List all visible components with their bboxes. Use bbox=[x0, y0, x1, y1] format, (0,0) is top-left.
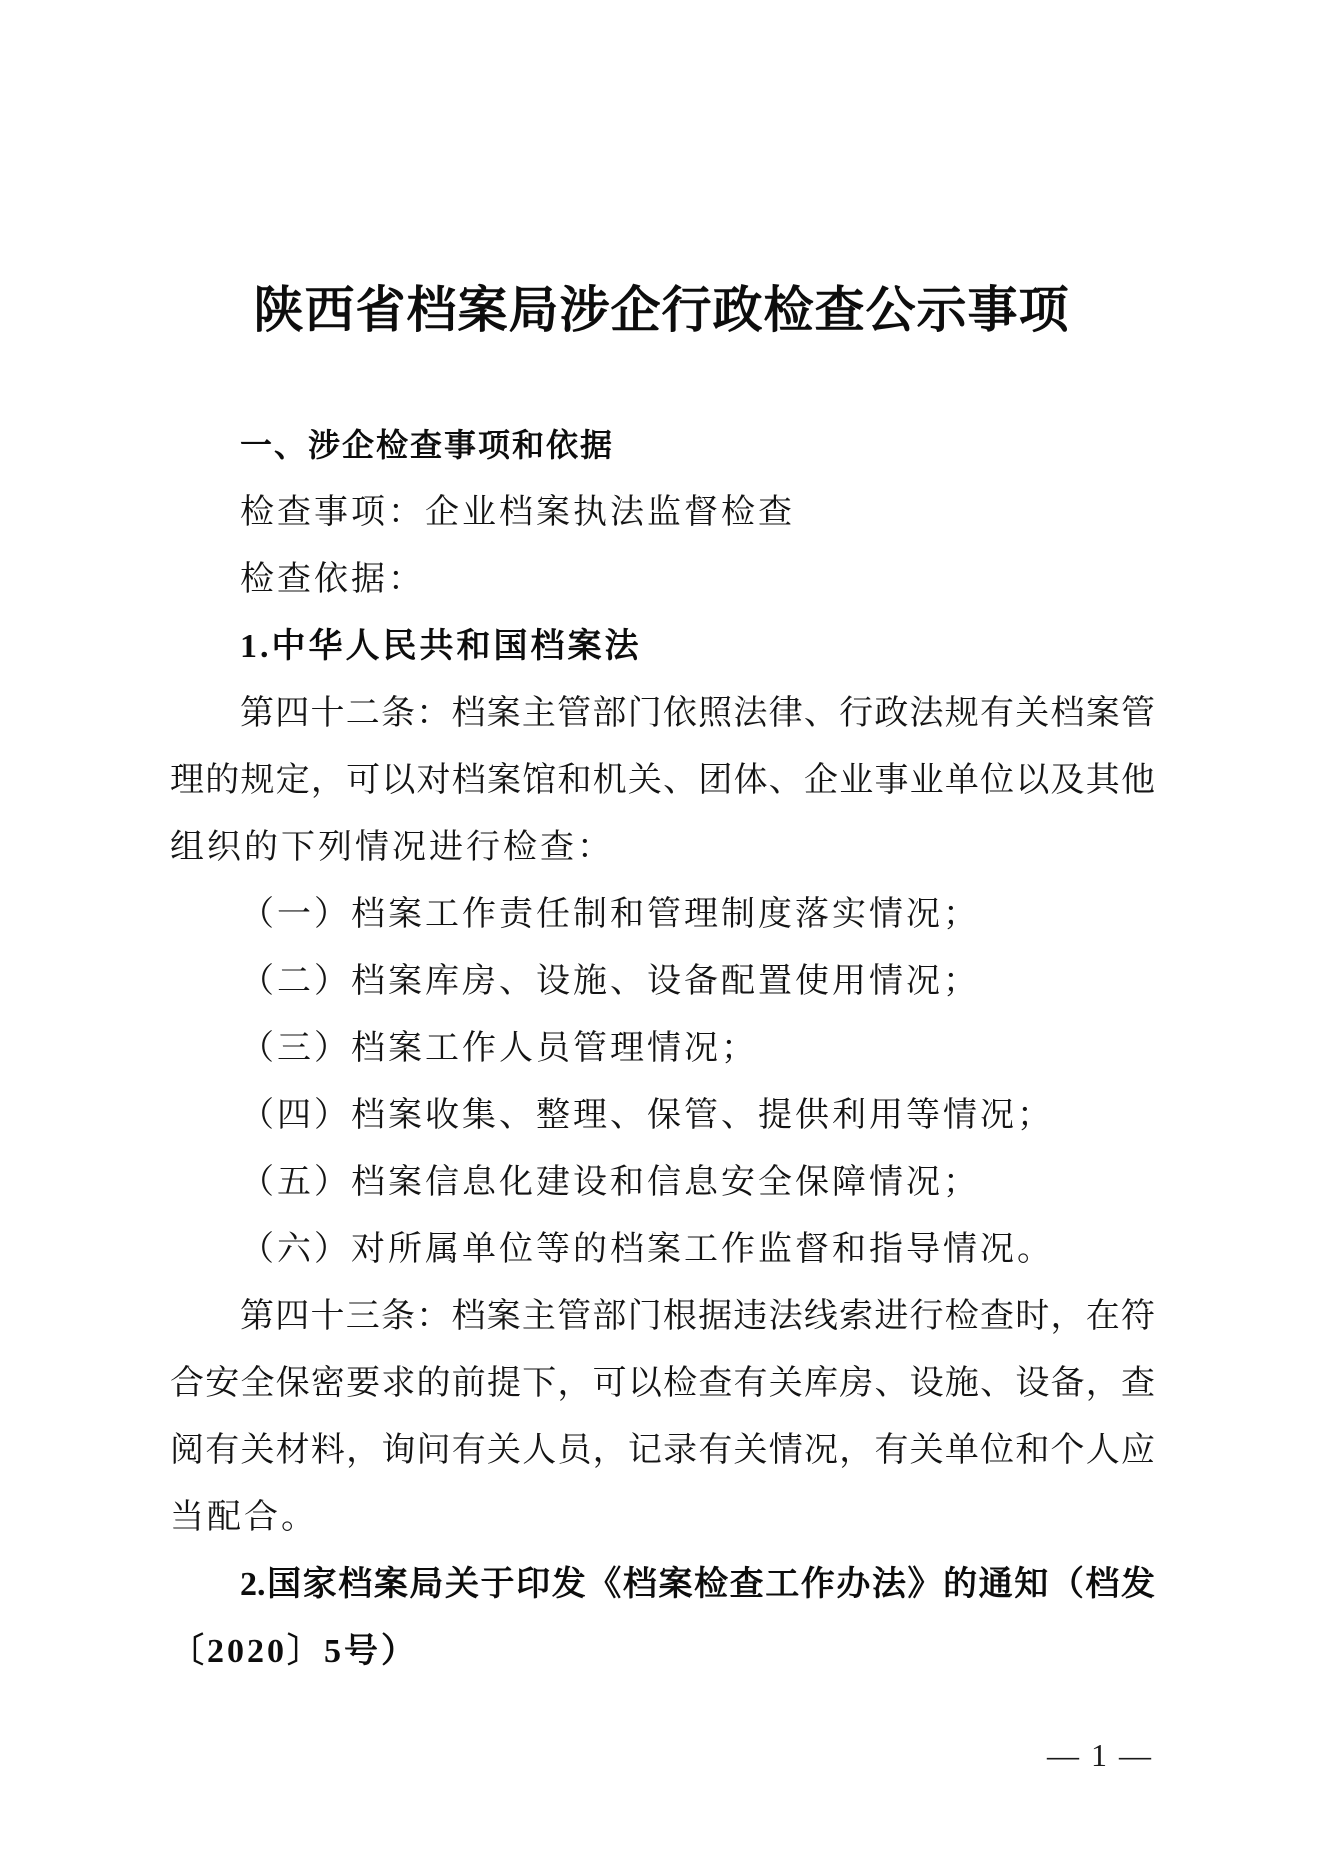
document-line: 〔2020〕5号） bbox=[170, 1618, 1155, 1685]
document-line: （二）档案库房、设施、设备配置使用情况； bbox=[170, 948, 1155, 1015]
document-line: （五）档案信息化建设和信息安全保障情况； bbox=[170, 1149, 1155, 1216]
document-line: 阅有关材料，询问有关人员，记录有关情况，有关单位和个人应 bbox=[170, 1417, 1155, 1484]
document-line: （三）档案工作人员管理情况； bbox=[170, 1015, 1155, 1082]
document-page: 陕西省档案局涉企行政检查公示事项 一、涉企检查事项和依据检查事项：企业档案执法监… bbox=[0, 0, 1323, 1871]
document-line: 第四十三条：档案主管部门根据违法线索进行检查时，在符 bbox=[170, 1283, 1155, 1350]
document-line: 一、涉企检查事项和依据 bbox=[170, 412, 1155, 479]
document-line: 当配合。 bbox=[170, 1484, 1155, 1551]
document-line: 第四十二条：档案主管部门依照法律、行政法规有关档案管 bbox=[170, 680, 1155, 747]
document-line: （一）档案工作责任制和管理制度落实情况； bbox=[170, 881, 1155, 948]
document-line: 理的规定，可以对档案馆和机关、团体、企业事业单位以及其他 bbox=[170, 747, 1155, 814]
page-number: — 1 — bbox=[1047, 1733, 1153, 1777]
document-line: （四）档案收集、整理、保管、提供利用等情况； bbox=[170, 1082, 1155, 1149]
document-line: 检查事项：企业档案执法监督检查 bbox=[170, 479, 1155, 546]
document-line: 1.中华人民共和国档案法 bbox=[170, 613, 1155, 680]
document-line: 2.国家档案局关于印发《档案检查工作办法》的通知（档发 bbox=[170, 1551, 1155, 1618]
document-body: 一、涉企检查事项和依据检查事项：企业档案执法监督检查检查依据：1.中华人民共和国… bbox=[170, 412, 1155, 1685]
document-line: 检查依据： bbox=[170, 546, 1155, 613]
document-line: （六）对所属单位等的档案工作监督和指导情况。 bbox=[170, 1216, 1155, 1283]
document-line: 组织的下列情况进行检查： bbox=[170, 814, 1155, 881]
document-title: 陕西省档案局涉企行政检查公示事项 bbox=[0, 281, 1323, 339]
document-line: 合安全保密要求的前提下，可以检查有关库房、设施、设备，查 bbox=[170, 1350, 1155, 1417]
